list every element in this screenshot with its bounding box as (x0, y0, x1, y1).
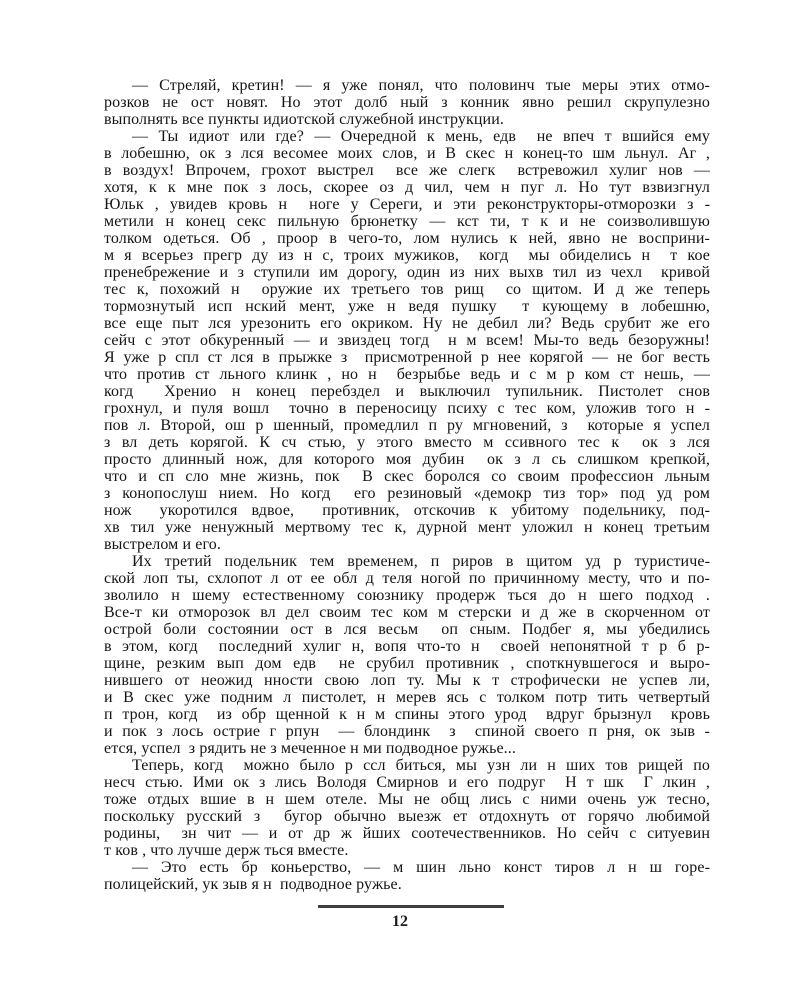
text-line: т ков , что лучше держ ться вместе. (104, 842, 710, 859)
text-line: пренебрежение и з ступили им дорогу, оди… (104, 264, 710, 281)
text-line: ской лоп ты, схлопот л от ее обл д теля … (104, 570, 710, 587)
paragraph: — Это есть бр коньерство, — м шин льно к… (104, 859, 710, 893)
text-line: тоже отдых вшие в н шем отеле. Мы не общ… (104, 791, 710, 808)
text-line: все еще пыт лся урезонить его окриком. Н… (104, 315, 710, 332)
text-line: просто длинный нож, для которого моя дуб… (104, 451, 710, 468)
text-line: выполнять все пункты идиотской служебной… (104, 111, 710, 128)
text-line: пов л. Второй, ош р шенный, промедлил п … (104, 417, 710, 434)
paragraph: — Стреляй, кретин! — я уже понял, что по… (104, 77, 710, 128)
text-line: розков не ост новят. Но этот долб ный з … (104, 94, 710, 111)
text-line: тормознутый исп нский мент, уже н ведя п… (104, 298, 710, 315)
text-line: в этом, когд последний хулиг н, вопя что… (104, 638, 710, 655)
book-page: — Стреляй, кретин! — я уже понял, что по… (0, 0, 800, 1000)
text-line: з вл деть корягой. К сч стью, у этого вм… (104, 434, 710, 451)
text-line: п трон, когд из обр щенной к н м спины э… (104, 706, 710, 723)
text-line: тес к, похожий н оружие их третьего тов … (104, 281, 710, 298)
text-line: Их третий подельник тем временем, п риро… (104, 553, 710, 570)
text-line: Теперь, когд можно было р ссл биться, мы… (104, 757, 710, 774)
paragraph: — Ты идиот или где? — Очередной к мень, … (104, 128, 710, 553)
text-line: — Ты идиот или где? — Очередной к мень, … (104, 128, 710, 145)
text-line: и В скес уже подним л пистолет, н мерев … (104, 689, 710, 706)
text-line: родины, зн чит — и от др ж йших соотечес… (104, 825, 710, 842)
text-line: в лобешню, ок з лся весомее моих слов, и… (104, 145, 710, 162)
text-line: в воздух! Впрочем, грохот выстрел все же… (104, 162, 710, 179)
text-line: Я уже р спл ст лся в прыжке з присмотрен… (104, 349, 710, 366)
text-line: острой боли состоянии ост в лся весьм оп… (104, 621, 710, 638)
text-line: нож укоротился вдвое, противник, отскочи… (104, 502, 710, 519)
text-line: — Стреляй, кретин! — я уже понял, что по… (104, 77, 710, 94)
paragraph: Их третий подельник тем временем, п риро… (104, 553, 710, 757)
text-line: толком одеться. Об , проор в чего-то, ло… (104, 230, 710, 247)
page-number: 12 (0, 913, 800, 931)
text-line: когд Хренио н конец перебздел и выключил… (104, 383, 710, 400)
text-line: сейч с этот обкуренный — и звиздец тогд … (104, 332, 710, 349)
text-line: несч стью. Ими ок з лись Володя Смирнов … (104, 774, 710, 791)
text-line: щине, резким вып дом едв не срубил проти… (104, 655, 710, 672)
page-text: — Стреляй, кретин! — я уже понял, что по… (104, 77, 710, 893)
footer-divider (318, 905, 504, 908)
text-line: нившего от неожид нности свою лоп ту. Мы… (104, 672, 710, 689)
text-line: — Это есть бр коньерство, — м шин льно к… (104, 859, 710, 876)
text-line: что и сп сло мне жизнь, пок В скес борол… (104, 468, 710, 485)
text-line: выстрелом и его. (104, 536, 710, 553)
text-line: поскольку русский з бугор обычно выезж е… (104, 808, 710, 825)
text-line: полицейский, ук зыв я н подводное ружье. (104, 876, 710, 893)
text-line: что против ст льного клинк , но н безрыб… (104, 366, 710, 383)
text-line: Юльк , увидев кровь н ноге у Сереги, и э… (104, 196, 710, 213)
text-line: хотя, к к мне пок з лось, скорее оз д чи… (104, 179, 710, 196)
paragraph: Теперь, когд можно было р ссл биться, мы… (104, 757, 710, 859)
text-line: зволило н шему естественному союзнику пр… (104, 587, 710, 604)
text-line: хв тил уже ненужный мертвому тес к, дурн… (104, 519, 710, 536)
text-line: грохнул, и пуля вошл точно в переносицу … (104, 400, 710, 417)
text-line: з конопослуш нием. Но когд его резиновый… (104, 485, 710, 502)
text-line: Все-т ки отморозок вл дел своим тес ком … (104, 604, 710, 621)
text-line: и пок з лось острие г рпун — блондинк з … (104, 723, 710, 740)
text-line: м я всерьез прегр ду из н с, троих мужик… (104, 247, 710, 264)
text-line: ется, успел з рядить не з меченное н ми … (104, 740, 710, 757)
text-line: метили н конец секс пильную брюнетку — к… (104, 213, 710, 230)
